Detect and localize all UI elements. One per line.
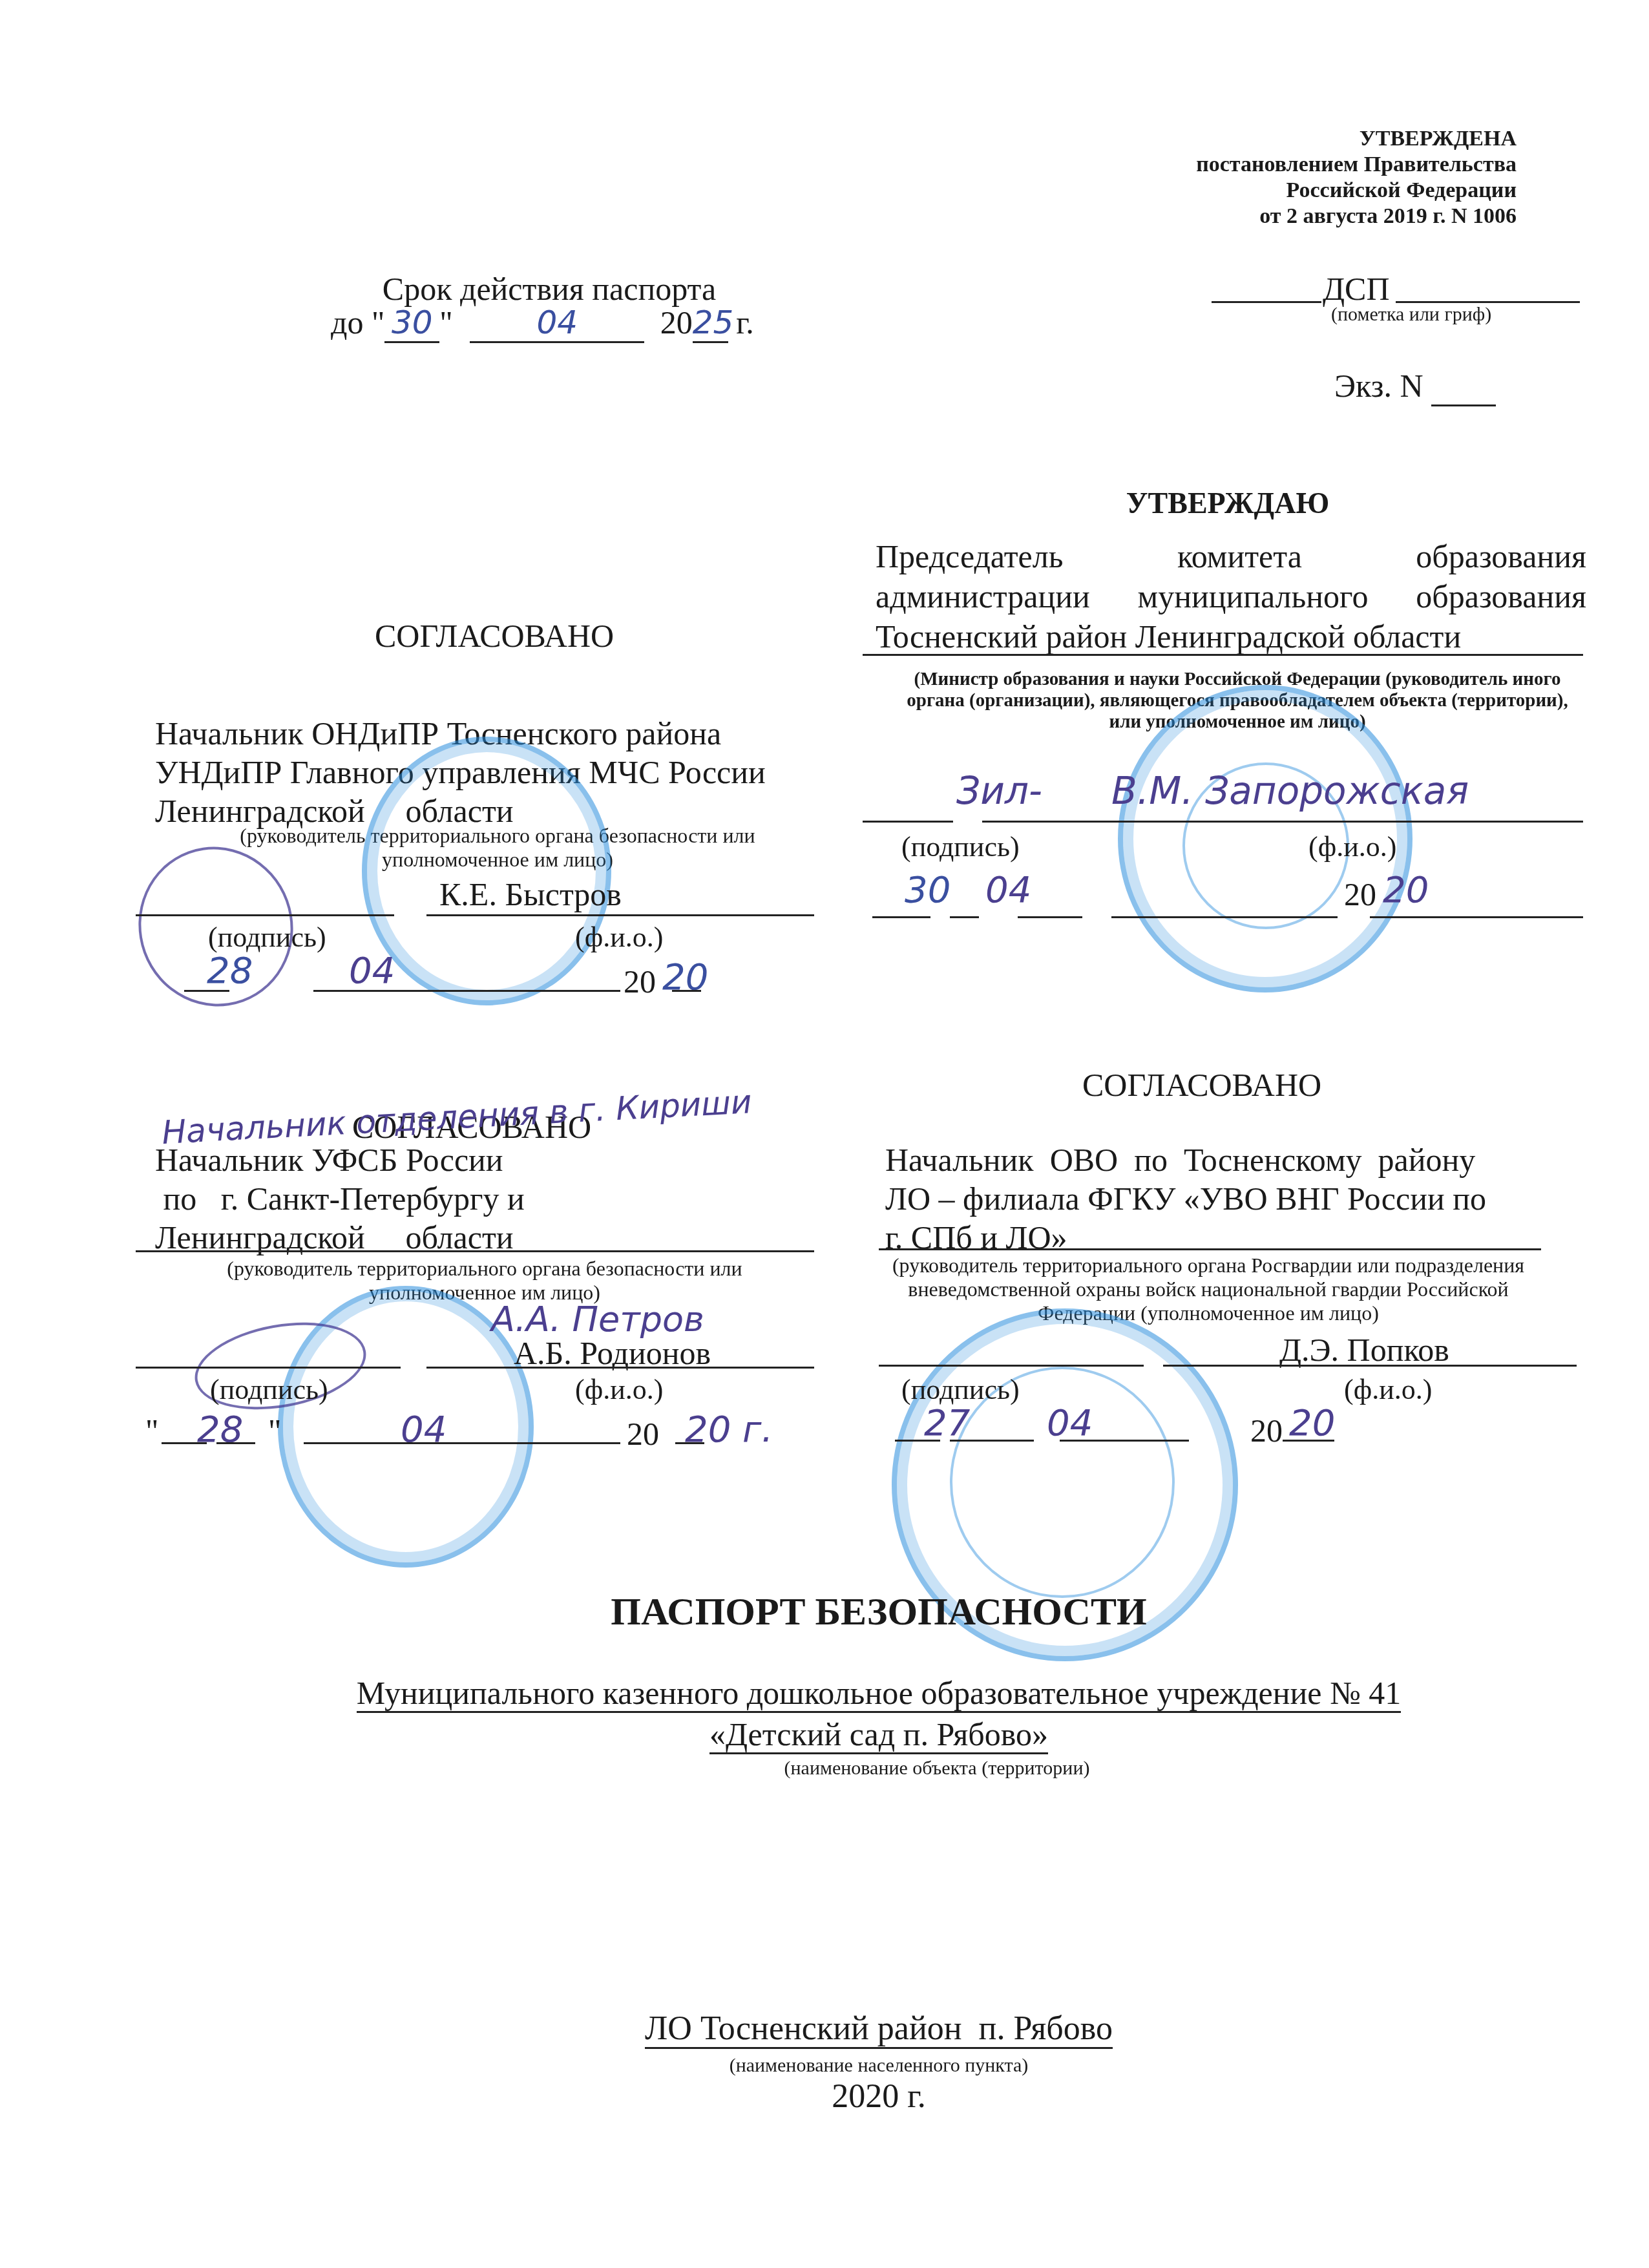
- agreed-fsb-name-caption: (ф.и.о.): [575, 1373, 663, 1406]
- copy-number-field[interactable]: [1431, 367, 1496, 406]
- stamp-mchs: [362, 737, 611, 1005]
- approval-line-2: Российской Федерации: [1196, 178, 1517, 204]
- agreed-ovo-signature-caption: (подпись): [901, 1373, 1020, 1406]
- approve-name-caption: (ф.и.о.): [1308, 830, 1396, 863]
- agreed-mchs-title: СОГЛАСОВАНО: [375, 617, 614, 655]
- agreed-fsb-caption: (руководитель территориального органа бе…: [194, 1257, 775, 1305]
- classification-mark: ДСП: [1323, 270, 1390, 308]
- approve-day: 30: [905, 869, 951, 911]
- passport-object-caption: (наименование объекта (территории): [711, 1758, 1163, 1780]
- approve-signature: Зил-: [956, 769, 1042, 813]
- passport-object: Муниципального казенного дошкольное обра…: [246, 1672, 1512, 1755]
- agreed-ovo-day: 27: [924, 1402, 970, 1444]
- agreed-mchs-name-caption: (ф.и.о.): [575, 921, 663, 954]
- validity-month: 04: [470, 304, 644, 343]
- agreed-fsb-month: 04: [401, 1409, 446, 1451]
- validity-date: до "30" 04 2025 г.: [331, 304, 754, 343]
- agreed-mchs-signature-caption: (подпись): [208, 921, 326, 954]
- agreed-fsb-year-prefix: 20: [627, 1415, 659, 1453]
- agreed-mchs-name: К.Е. Быстров: [439, 876, 622, 913]
- passport-locality: ЛО Тосненский район п. Рябово: [246, 2010, 1512, 2048]
- approval-title: УТВЕРЖДЕНА: [1196, 126, 1517, 152]
- passport-title: ПАСПОРТ БЕЗОПАСНОСТИ: [246, 1590, 1512, 1634]
- validity-year: 25: [693, 304, 728, 343]
- approve-position: Председатель комитета образования админи…: [876, 536, 1586, 656]
- agreed-ovo-position: Начальник ОВО по Тосненскому району ЛО –…: [885, 1140, 1506, 1257]
- agreed-fsb-day: 28: [197, 1409, 243, 1451]
- agreed-ovo-title: СОГЛАСОВАНО: [1082, 1066, 1321, 1104]
- approve-title: УТВЕРЖДАЮ: [866, 486, 1590, 520]
- agreed-mchs-month: 04: [349, 950, 395, 992]
- approval-header: УТВЕРЖДЕНА постановлением Правительства …: [1196, 126, 1517, 229]
- approve-year: 20: [1383, 869, 1429, 911]
- agreed-ovo-year-prefix: 20: [1250, 1412, 1283, 1449]
- agreed-fsb-signature-caption: (подпись): [210, 1373, 328, 1406]
- approve-name: В.М. Запорожская: [1111, 769, 1469, 813]
- passport-object-line-1: Муниципального казенного дошкольное обра…: [357, 1675, 1401, 1713]
- agreed-fsb-quote-close: ": [268, 1412, 281, 1449]
- approval-line-1: постановлением Правительства: [1196, 152, 1517, 178]
- agreed-fsb-name-hand: А.А. Петров: [491, 1299, 704, 1339]
- agreed-mchs-year: 20: [662, 956, 708, 998]
- passport-locality-caption: (наименование населенного пункта): [246, 2055, 1512, 2077]
- validity-day: 30: [384, 304, 439, 343]
- approve-year-prefix: 20: [1344, 876, 1376, 913]
- approve-signature-caption: (подпись): [901, 830, 1020, 863]
- passport-object-line-2: «Детский сад п. Рябово»: [709, 1716, 1048, 1754]
- validity-label: Срок действия паспорта: [362, 270, 737, 308]
- agreed-ovo-caption: (руководитель территориального органа Ро…: [885, 1254, 1531, 1325]
- agreed-fsb-quote-open: ": [145, 1412, 158, 1449]
- agreed-ovo-name-caption: (ф.и.о.): [1344, 1373, 1432, 1406]
- classification-caption: (пометка или гриф): [1331, 304, 1491, 326]
- agreed-ovo-month: 04: [1047, 1402, 1093, 1444]
- approval-line-3: от 2 августа 2019 г. N 1006: [1196, 204, 1517, 229]
- agreed-ovo-year: 20: [1289, 1402, 1335, 1444]
- agreed-fsb-position: Начальник УФСБ России по г. Санкт-Петерб…: [155, 1140, 525, 1257]
- passport-year: 2020 г.: [246, 2077, 1512, 2116]
- agreed-mchs-year-prefix: 20: [624, 963, 656, 1000]
- copy-number: Экз. N: [1334, 367, 1496, 406]
- agreed-mchs-day: 28: [207, 950, 253, 992]
- agreed-fsb-year: 20 г.: [685, 1409, 773, 1451]
- agreed-ovo-name: Д.Э. Попков: [1279, 1331, 1449, 1369]
- approve-month: 04: [985, 869, 1031, 911]
